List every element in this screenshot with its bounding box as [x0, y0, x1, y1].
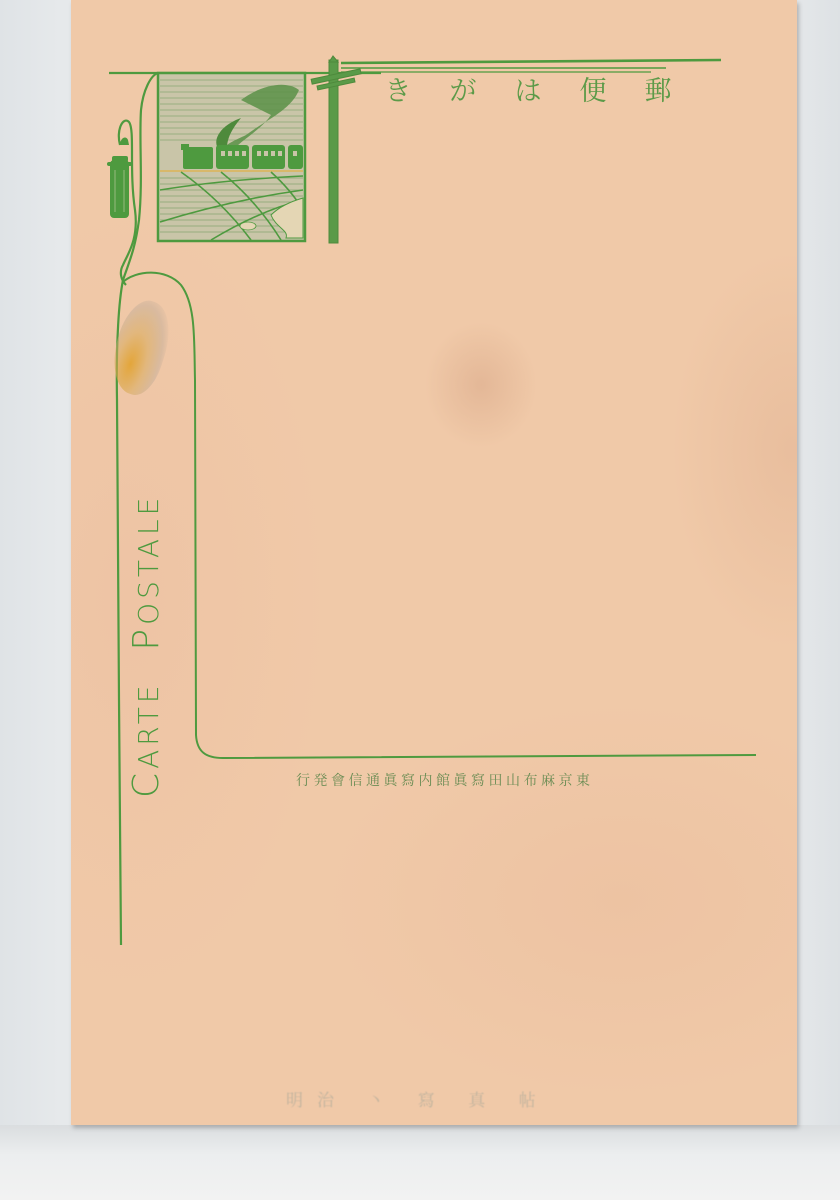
header-char: 郵 — [641, 78, 675, 105]
bottom-shadow — [0, 1125, 840, 1200]
publisher-line: 行発會信通眞寫内館眞寫田山布麻京東 — [296, 770, 594, 790]
postcard-frame-art — [71, 0, 797, 1125]
side-label-word2: OSTALE — [132, 494, 165, 625]
side-label-cap2: P — [126, 625, 167, 651]
header-char: 便 — [576, 78, 610, 105]
train-illustration — [158, 73, 305, 241]
postcard: 郵 便 は が き CARTE POSTALE 行発會信通眞寫内館眞寫田山布麻京… — [71, 0, 797, 1125]
header-char: き — [381, 78, 415, 105]
side-label-cap1: C — [126, 769, 167, 798]
carte-postale-label: CARTE POSTALE — [129, 494, 165, 798]
side-label-word1: ARTE — [132, 681, 165, 768]
faint-bottom-text: 明治 丶 寫 真 帖 — [286, 1086, 550, 1111]
lantern-icon — [107, 138, 132, 218]
header-char: は — [511, 78, 545, 105]
header-title: 郵 便 は が き — [381, 78, 675, 105]
header-char: が — [446, 78, 480, 105]
